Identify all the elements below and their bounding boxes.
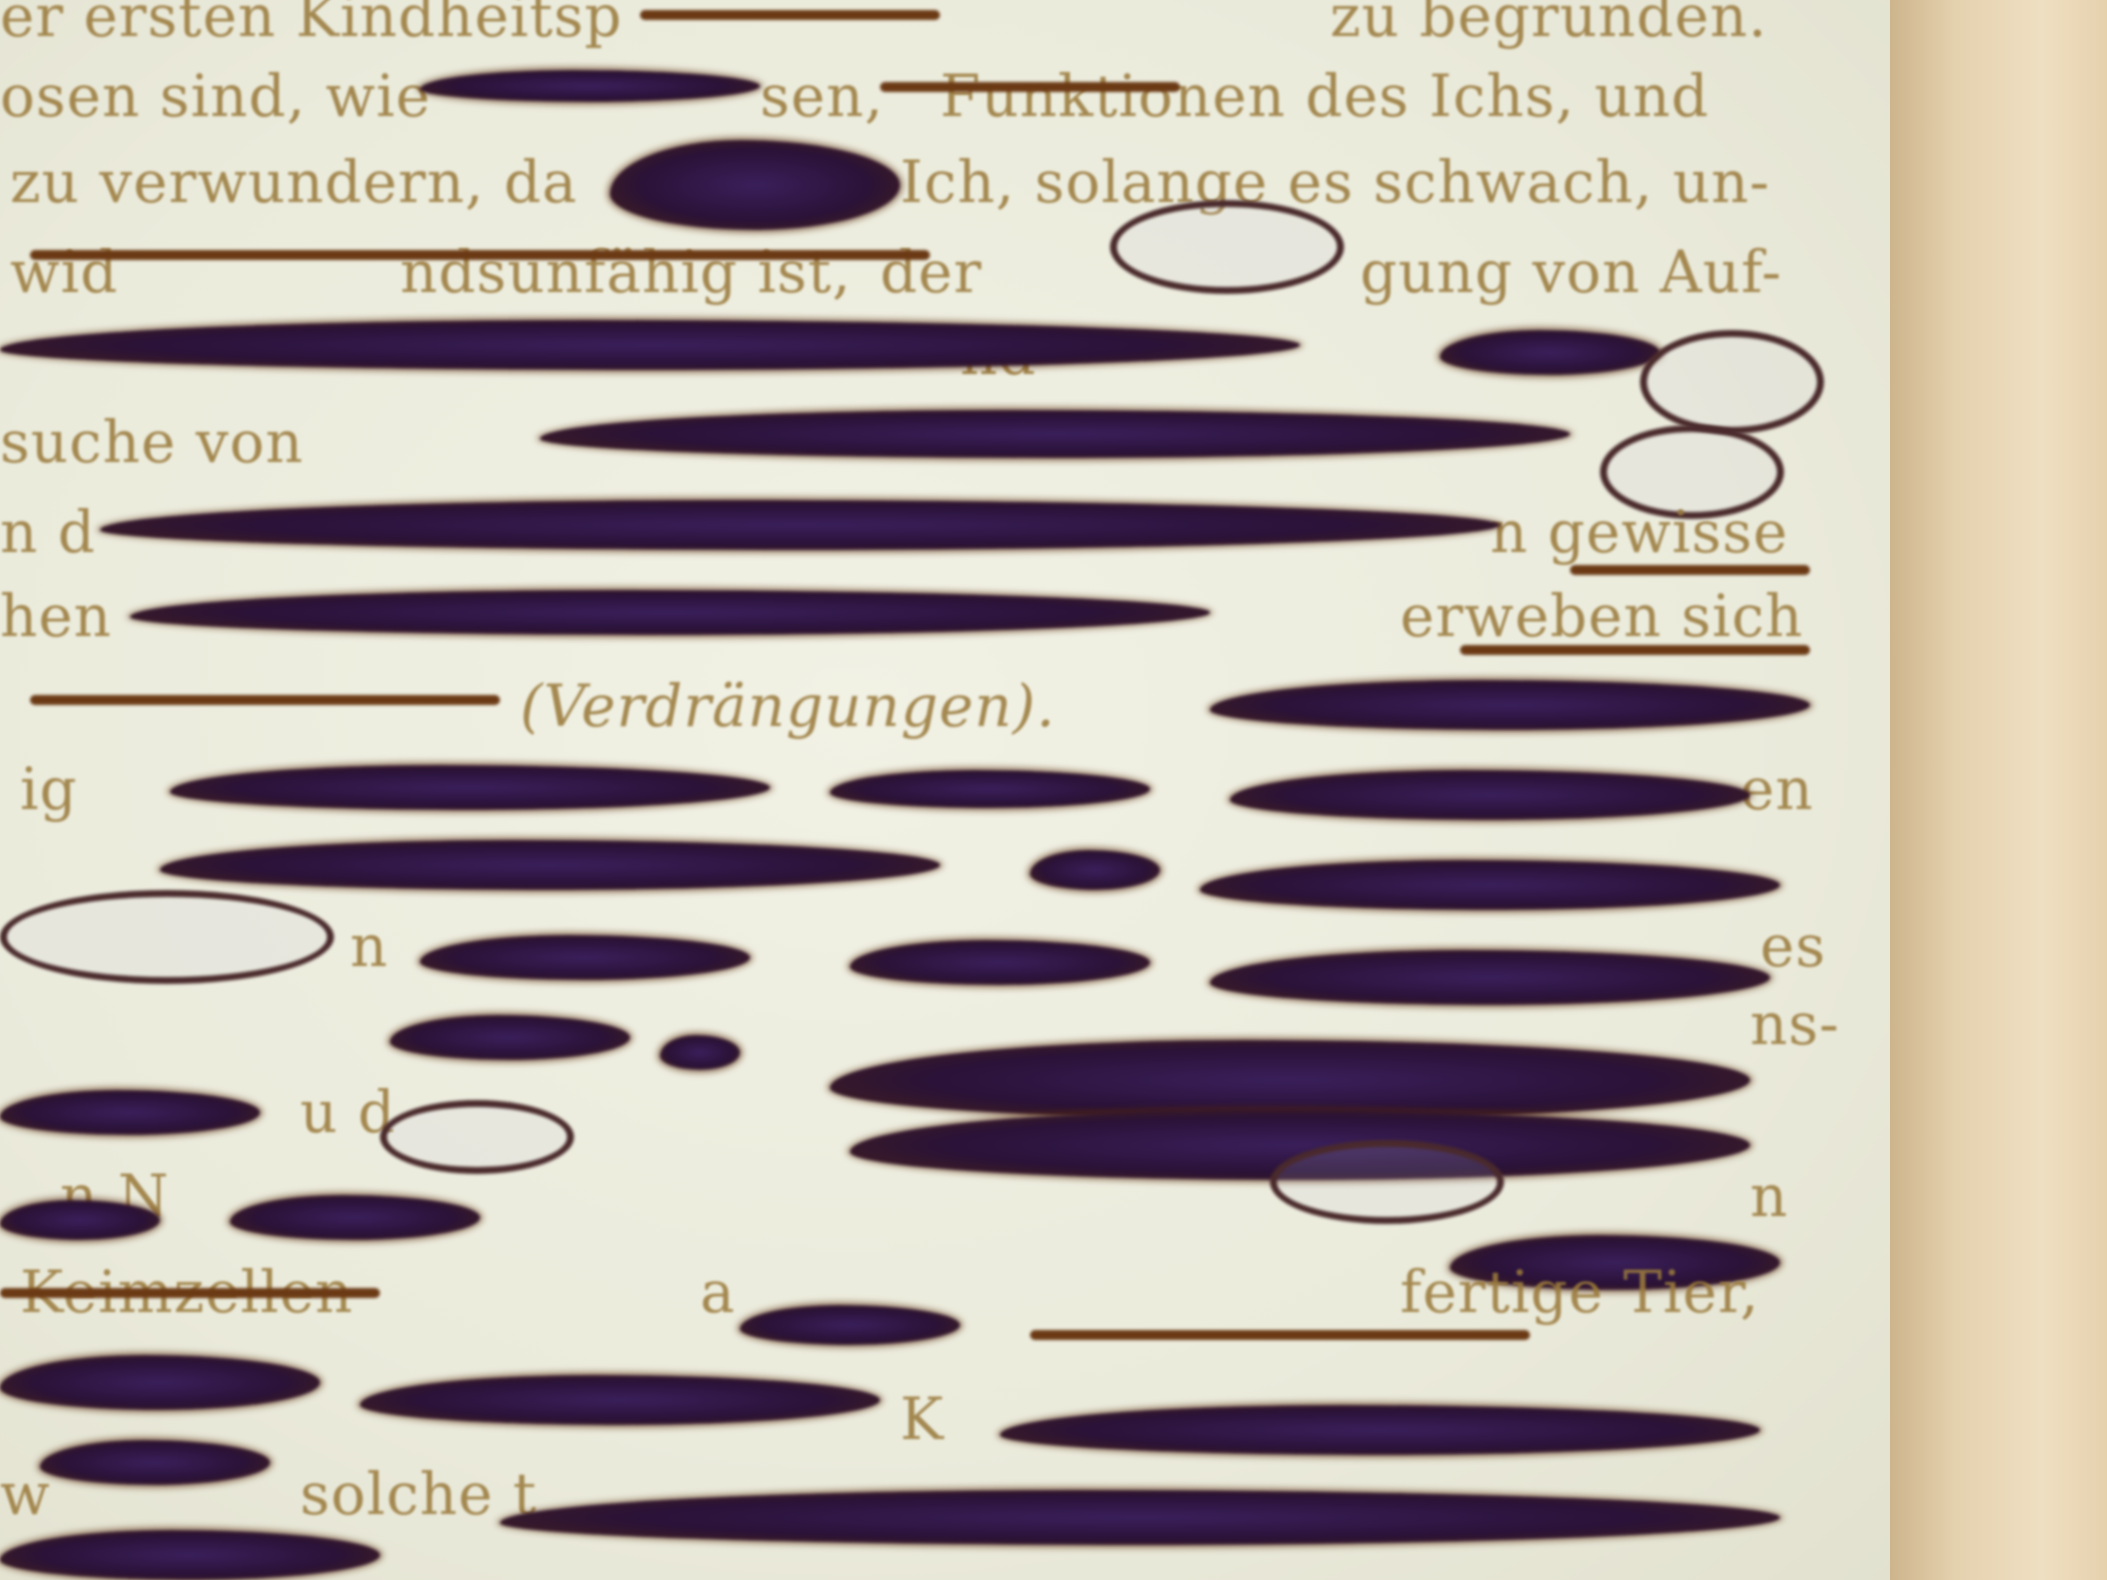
redaction-blot bbox=[170, 765, 770, 810]
redaction-blot bbox=[610, 140, 900, 230]
text-fragment: ns- bbox=[1750, 990, 1840, 1058]
redaction-loop bbox=[1270, 1140, 1504, 1224]
redaction-blot bbox=[1210, 680, 1810, 730]
redaction-blot bbox=[40, 1440, 270, 1485]
text-fragment: zu verwundern, da bbox=[10, 148, 578, 216]
text-fragment: osen sind, wie bbox=[0, 62, 431, 130]
redaction-blot bbox=[420, 935, 750, 980]
redaction-blot bbox=[130, 590, 1210, 635]
text-fragment: n gewisse bbox=[1490, 498, 1788, 566]
text-fragment: ig bbox=[20, 755, 78, 823]
redaction-blot bbox=[230, 1195, 480, 1240]
redaction-blot bbox=[1000, 1405, 1760, 1455]
text-fragment: es bbox=[1760, 912, 1826, 980]
text-line-2: osen sind, wie sen, Funktionen des Ichs,… bbox=[0, 62, 1820, 132]
text-line-1: er ersten Kindheitsp zu begründen. bbox=[0, 0, 1820, 52]
redaction-blot bbox=[0, 1090, 260, 1135]
redaction-blot bbox=[1440, 330, 1660, 375]
text-fragment: ndsunfähig ist, bbox=[400, 238, 852, 306]
redaction-blot bbox=[500, 1490, 1780, 1545]
redaction-blot bbox=[100, 500, 1500, 550]
redaction-blot bbox=[0, 1355, 320, 1410]
redaction-blot bbox=[0, 320, 1300, 370]
redaction-strike bbox=[640, 10, 940, 20]
redaction-blot bbox=[390, 1015, 630, 1060]
redaction-loop bbox=[0, 890, 334, 984]
text-fragment: sen, bbox=[760, 62, 884, 130]
redaction-strike bbox=[30, 695, 500, 705]
text-fragment: der bbox=[880, 238, 982, 306]
text-fragment: n bbox=[1750, 1162, 1788, 1230]
redaction-blot bbox=[850, 940, 1150, 985]
redaction-blot bbox=[540, 410, 1570, 458]
redaction-strike bbox=[1460, 645, 1810, 655]
redaction-blot bbox=[0, 1200, 160, 1240]
redaction-blot bbox=[1200, 860, 1780, 910]
text-fragment: hen bbox=[0, 582, 112, 650]
book-page: er ersten Kindheitsp zu begründen. osen … bbox=[0, 0, 1900, 1580]
text-fragment: suche von bbox=[0, 408, 304, 476]
redaction-blot bbox=[740, 1305, 960, 1345]
redaction-strike bbox=[880, 82, 1180, 92]
text-fragment: gung von Auf- bbox=[1360, 238, 1782, 306]
redaction-blot bbox=[420, 70, 760, 102]
text-line-4: wid ndsunfähig ist, der gung von Auf- bbox=[0, 238, 1820, 308]
text-line-3: zu verwundern, da Ich, solange es schwac… bbox=[0, 148, 1820, 218]
text-fragment: wid bbox=[10, 238, 118, 306]
redaction-blot bbox=[160, 840, 940, 890]
redaction-blot bbox=[830, 770, 1150, 808]
photo-scene: er ersten Kindheitsp zu begründen. osen … bbox=[0, 0, 2107, 1580]
text-fragment: n d bbox=[0, 498, 96, 566]
text-fragment: er ersten Kindheitsp bbox=[0, 0, 623, 50]
redaction-loop bbox=[1110, 200, 1344, 294]
book-page-edge bbox=[1890, 0, 2107, 1580]
redaction-blot bbox=[1230, 770, 1750, 820]
redaction-blot bbox=[660, 1035, 740, 1070]
text-fragment: en bbox=[1740, 755, 1814, 823]
redaction-blot bbox=[0, 1530, 380, 1580]
text-fragment: n bbox=[350, 912, 388, 980]
text-fragment: zu begründen. bbox=[1330, 0, 1768, 50]
redaction-strike bbox=[0, 1288, 380, 1298]
redaction-strike bbox=[30, 250, 930, 260]
redaction-blot bbox=[1030, 850, 1160, 890]
text-fragment: K bbox=[900, 1385, 944, 1453]
text-fragment: Funktionen des Ichs, und bbox=[940, 62, 1709, 130]
redaction-blot bbox=[360, 1375, 880, 1425]
text-fragment: (Verdrängungen). bbox=[520, 672, 1056, 740]
redaction-strike bbox=[1570, 565, 1810, 575]
text-fragment: solche t bbox=[300, 1460, 537, 1528]
text-fragment: a bbox=[700, 1258, 736, 1326]
text-fragment: erweben sich bbox=[1400, 582, 1803, 650]
redaction-strike bbox=[1030, 1330, 1530, 1340]
text-fragment: Ich, solange es schwach, un- bbox=[900, 148, 1770, 216]
text-fragment: fertige Tier, bbox=[1400, 1258, 1760, 1326]
